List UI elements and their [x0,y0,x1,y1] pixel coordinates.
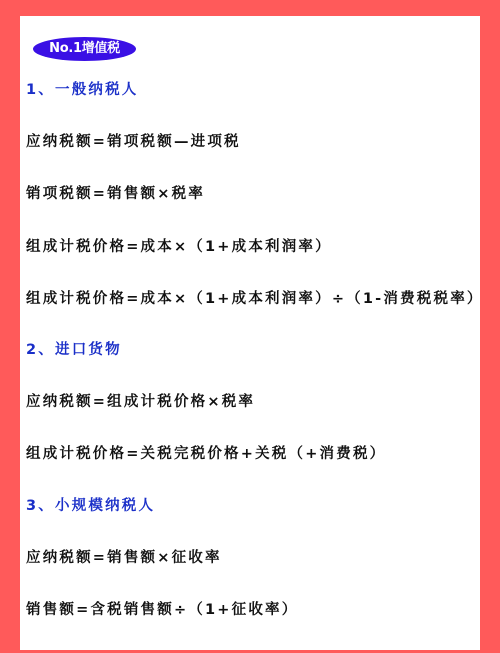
section-heading-imported-goods: 2、进口货物 [26,338,122,359]
section-heading-small-scale-taxpayer: 3、小规模纳税人 [26,494,155,515]
title-badge: No.1增值税 [33,37,136,61]
formula-line: 应纳税额=销售额×征收率 [26,546,222,567]
formula-line: 组成计税价格=关税完税价格+关税（+消费税） [26,442,386,463]
section-heading-general-taxpayer: 1、一般纳税人 [26,78,139,99]
formula-line: 组成计税价格=成本×（1+成本利润率）÷（1-消费税税率） [26,287,484,308]
formula-line: 销售额=含税销售额÷（1+征收率） [26,598,298,619]
formula-line: 组成计税价格=成本×（1+成本利润率） [26,235,332,256]
content-card: No.1增值税 1、一般纳税人 应纳税额=销项税额—进项税 销项税额=销售额×税… [20,16,480,650]
formula-line: 应纳税额=组成计税价格×税率 [26,390,255,411]
formula-line: 应纳税额=销项税额—进项税 [26,130,241,151]
formula-line: 销项税额=销售额×税率 [26,182,205,203]
